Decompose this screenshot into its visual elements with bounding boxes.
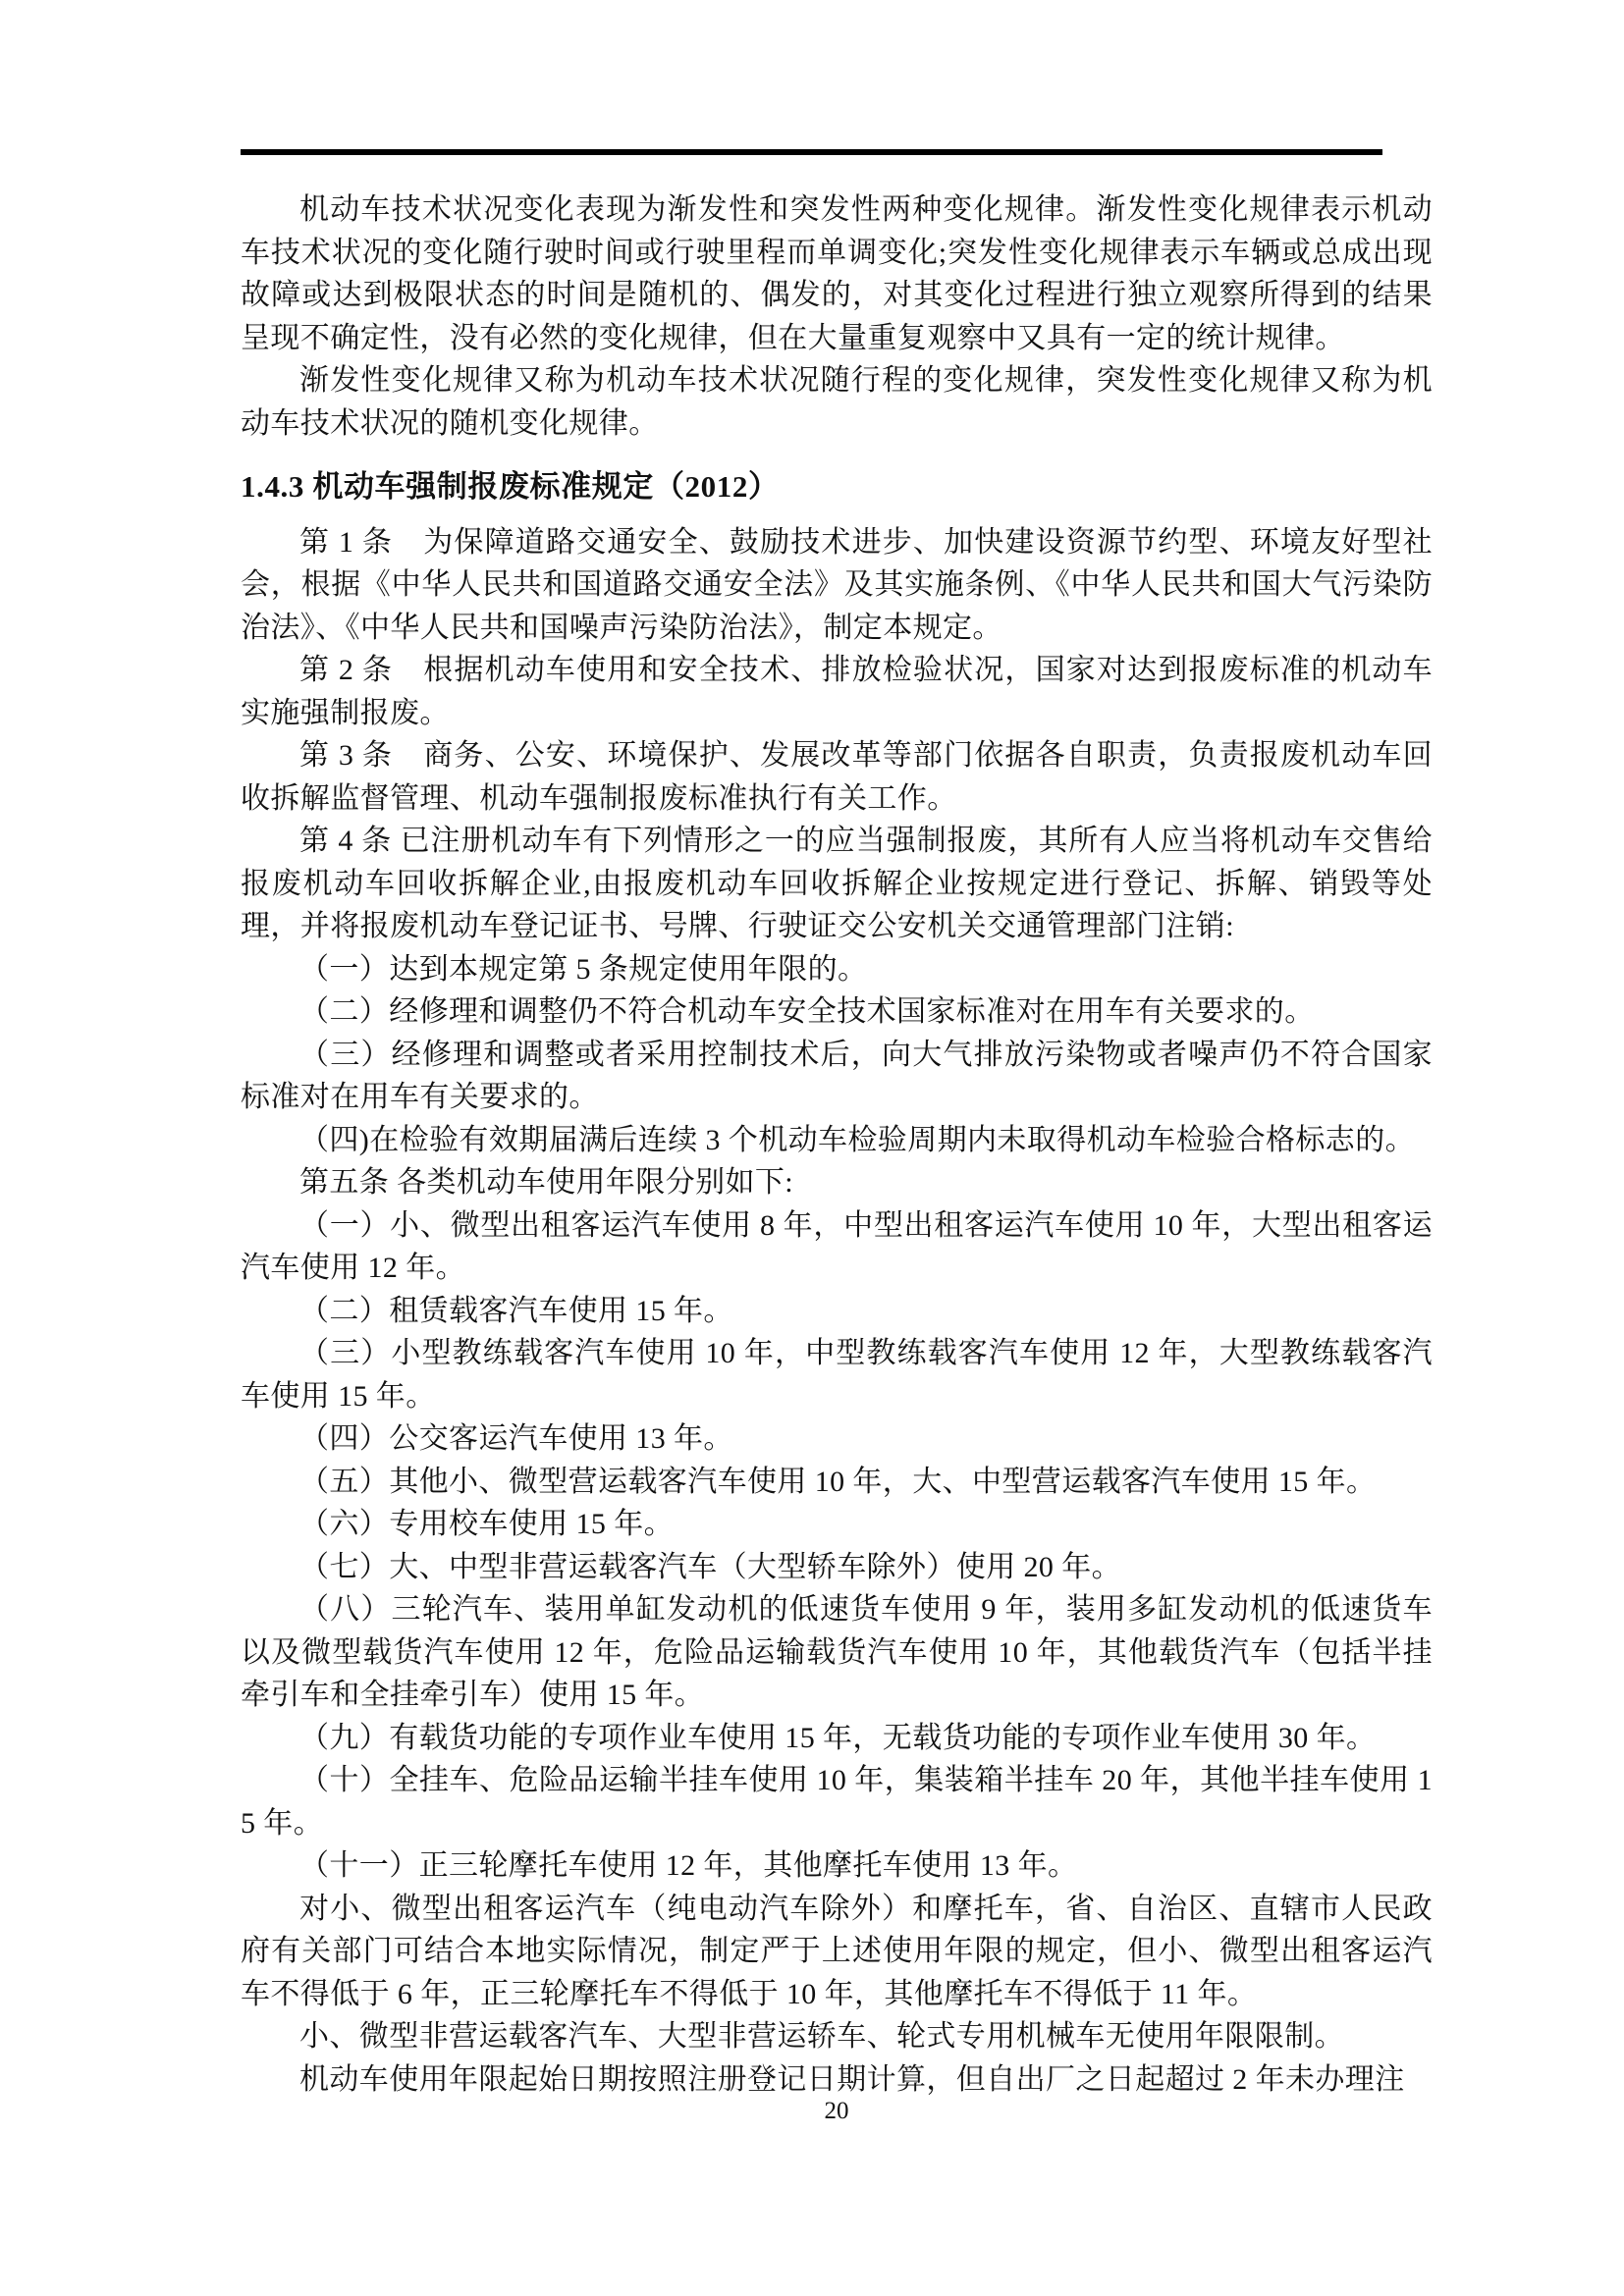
paragraph: 对小、微型出租客运汽车（纯电动汽车除外）和摩托车，省、自治区、直辖市人民政府有关… [241, 1888, 1433, 2016]
paragraph: （五）其他小、微型营运载客汽车使用 10 年，大、中型营运载客汽车使用 15 年… [241, 1461, 1433, 1504]
document-page: 机动车技术状况变化表现为渐发性和突发性两种变化规律。渐发性变化规律表示机动车技术… [0, 0, 1624, 2296]
paragraph: （二）经修理和调整仍不符合机动车安全技术国家标准对在用车有关要求的。 [241, 990, 1433, 1034]
paragraph: （十一）正三轮摩托车使用 12 年，其他摩托车使用 13 年。 [241, 1844, 1433, 1888]
paragraph: （四）公交客运汽车使用 13 年。 [241, 1417, 1433, 1461]
paragraph: （九）有载货功能的专项作业车使用 15 年，无载货功能的专项作业车使用 30 年… [241, 1717, 1433, 1760]
paragraph: （一）达到本规定第 5 条规定使用年限的。 [241, 948, 1433, 991]
paragraph: 机动车使用年限起始日期按照注册登记日期计算，但自出厂之日起超过 2 年未办理注 [241, 2058, 1433, 2102]
page-number: 20 [241, 2097, 1433, 2126]
paragraph: 第 4 条 已注册机动车有下列情形之一的应当强制报废，其所有人应当将机动车交售给… [241, 820, 1433, 948]
header-rule [241, 149, 1382, 155]
paragraph: 小、微型非营运载客汽车、大型非营运轿车、轮式专用机械车无使用年限限制。 [241, 2015, 1433, 2058]
paragraph: （六）专用校车使用 15 年。 [241, 1503, 1433, 1546]
paragraph: 第 1 条 为保障道路交通安全、鼓励技术进步、加快建设资源节约型、环境友好型社会… [241, 521, 1433, 650]
paragraph: （四)在检验有效期届满后连续 3 个机动车检验周期内未取得机动车检验合格标志的。 [241, 1119, 1433, 1162]
paragraph: （二）租赁载客汽车使用 15 年。 [241, 1290, 1433, 1333]
paragraph: 第 2 条 根据机动车使用和安全技术、排放检验状况，国家对达到报废标准的机动车实… [241, 649, 1433, 734]
paragraph: （十）全挂车、危险品运输半挂车使用 10 年，集装箱半挂车 20 年，其他半挂车… [241, 1759, 1433, 1844]
paragraph: （七）大、中型非营运载客汽车（大型轿车除外）使用 20 年。 [241, 1546, 1433, 1589]
paragraph: 第 3 条 商务、公安、环境保护、发展改革等部门依据各自职责，负责报废机动车回收… [241, 734, 1433, 820]
section-heading: 1.4.3 机动车强制报废标准规定（2012） [241, 465, 1433, 508]
paragraph: （一）小、微型出租客运汽车使用 8 年，中型出租客运汽车使用 10 年，大型出租… [241, 1204, 1433, 1290]
paragraph: 机动车技术状况变化表现为渐发性和突发性两种变化规律。渐发性变化规律表示机动车技术… [241, 188, 1433, 359]
paragraph: （三）经修理和调整或者采用控制技术后，向大气排放污染物或者噪声仍不符合国家标准对… [241, 1034, 1433, 1119]
paragraph: 第五条 各类机动车使用年限分别如下: [241, 1161, 1433, 1204]
paragraph: 渐发性变化规律又称为机动车技术状况随行程的变化规律，突发性变化规律又称为机动车技… [241, 359, 1433, 445]
paragraph: （三）小型教练载客汽车使用 10 年，中型教练载客汽车使用 12 年，大型教练载… [241, 1332, 1433, 1417]
paragraph: （八）三轮汽车、装用单缸发动机的低速货车使用 9 年，装用多缸发动机的低速货车以… [241, 1588, 1433, 1717]
document-body: 机动车技术状况变化表现为渐发性和突发性两种变化规律。渐发性变化规律表示机动车技术… [241, 188, 1433, 2101]
